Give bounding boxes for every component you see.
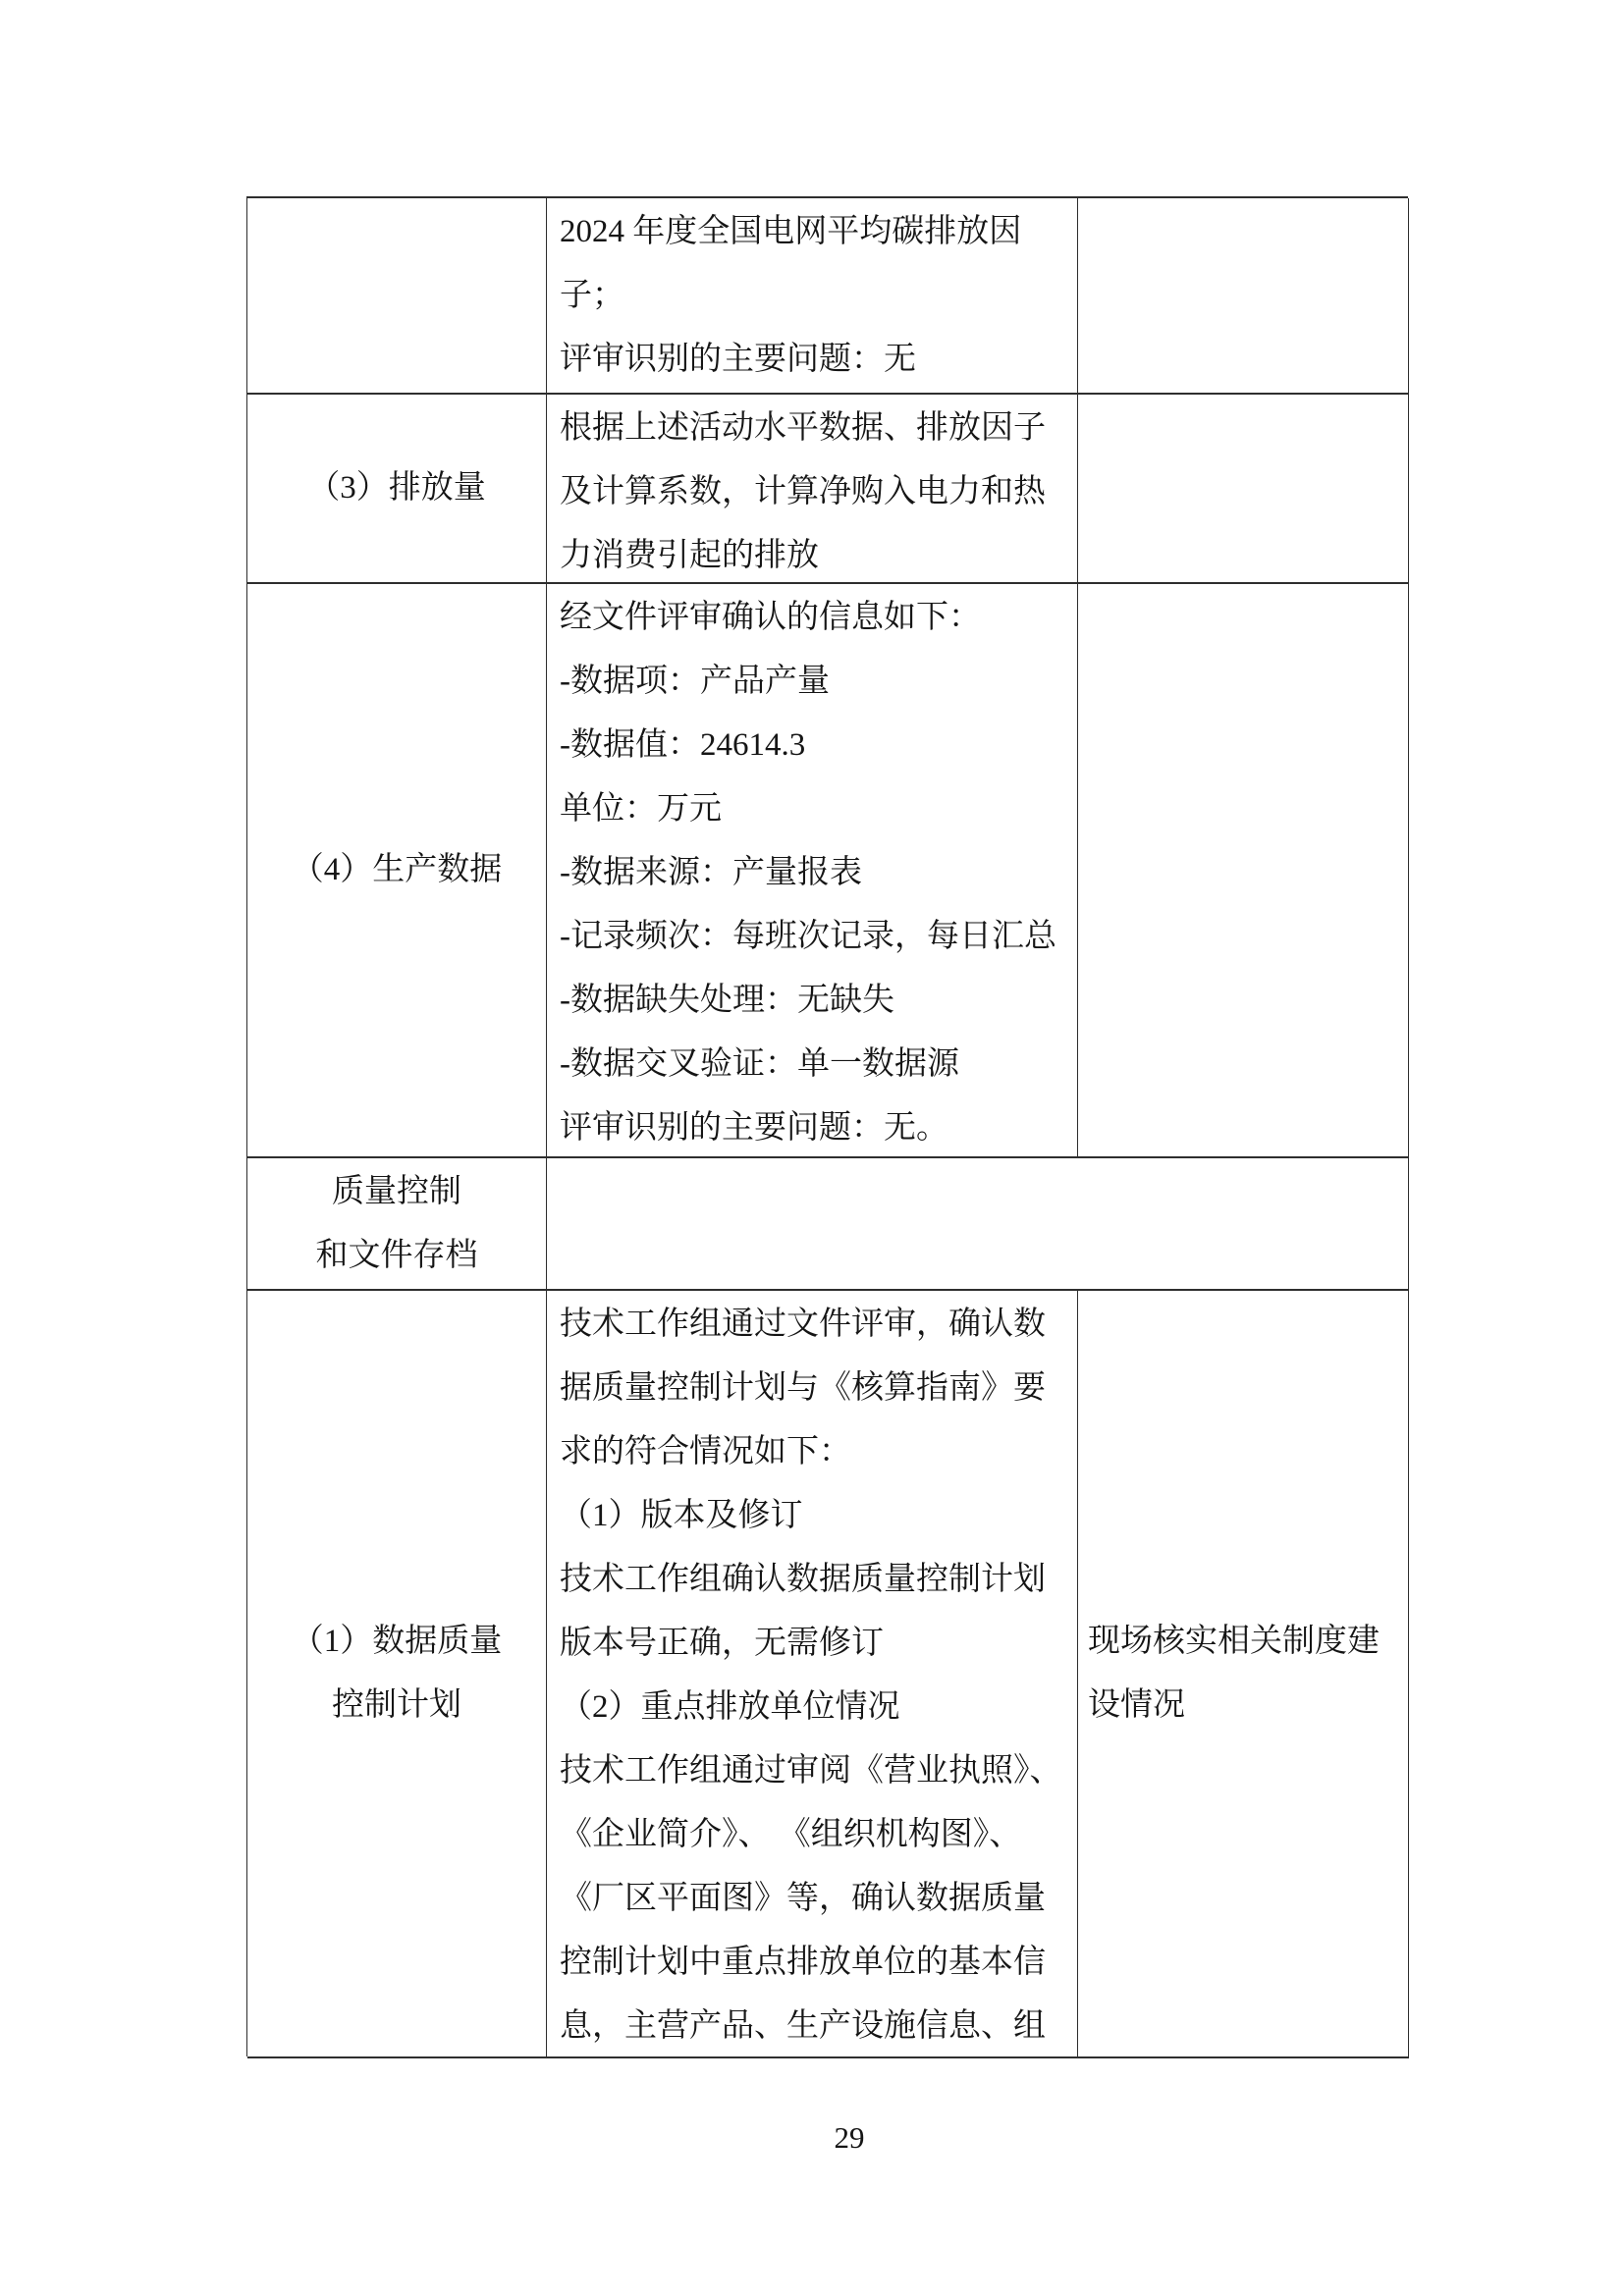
document-page: { "page": { "number": "29" }, "table": {… (0, 0, 1624, 2296)
text-line: 《厂区平面图》等，确认数据质量 (560, 1867, 1075, 1931)
row3-content-cell: 经文件评审确认的信息如下： -数据项：产品产量 -数据值：24614.3 单位：… (547, 584, 1078, 1158)
page-number: 29 (835, 2118, 865, 2158)
text-line: 2024 年度全国电网平均碳排放因 (560, 200, 1075, 264)
text-line: 据质量控制计划与《核算指南》要 (560, 1357, 1075, 1420)
text-line: 控制计划中重点排放单位的基本信 (560, 1931, 1075, 1995)
text-line: 技术工作组通过文件评审，确认数 (560, 1293, 1075, 1357)
text-line: 评审识别的主要问题：无 (560, 328, 1075, 392)
row4-label-cell: 质量控制 和文件存档 (247, 1158, 547, 1291)
text-line: 《企业简介》、 《组织机构图》、 (560, 1803, 1075, 1867)
text-line: -数据值：24614.3 (560, 714, 1075, 777)
row-label: 和文件存档 (316, 1224, 478, 1288)
row2-label-cell: （3）排放量 (247, 395, 547, 584)
note-line: 现场核实相关制度建 (1088, 1610, 1380, 1674)
row2-note-cell (1078, 395, 1409, 584)
row-label: （1）数据质量 (292, 1610, 503, 1674)
row4-merged-cell (547, 1158, 1409, 1291)
row1-content-cell: 2024 年度全国电网平均碳排放因 子； 评审识别的主要问题：无 (547, 198, 1078, 395)
text-line: 评审识别的主要问题：无。 (560, 1096, 1075, 1158)
row1-label-cell (247, 198, 547, 395)
text-line: 技术工作组通过审阅《营业执照》、 (560, 1739, 1075, 1803)
row-label: 控制计划 (332, 1674, 461, 1737)
note-line: 设情况 (1088, 1674, 1185, 1737)
text-line: 子； (560, 264, 1075, 328)
row5-label-cell: （1）数据质量 控制计划 (247, 1291, 547, 2058)
text-line: -记录频次：每班次记录，每日汇总 (560, 905, 1075, 969)
text-line: -数据缺失处理：无缺失 (560, 969, 1075, 1033)
row5-note-cell: 现场核实相关制度建 设情况 (1078, 1291, 1409, 2058)
text-line: （1）版本及修订 (560, 1484, 1075, 1548)
text-line: （2）重点排放单位情况 (560, 1676, 1075, 1739)
text-line: 根据上述活动水平数据、排放因子 (560, 397, 1075, 460)
row2-content-cell: 根据上述活动水平数据、排放因子 及计算系数，计算净购入电力和热 力消费引起的排放 (547, 395, 1078, 584)
text-line: 求的符合情况如下： (560, 1420, 1075, 1484)
text-line: -数据交叉验证：单一数据源 (560, 1033, 1075, 1096)
row-label: （4）生产数据 (292, 838, 503, 902)
row5-content-cell: 技术工作组通过文件评审，确认数 据质量控制计划与《核算指南》要 求的符合情况如下… (547, 1291, 1078, 2058)
text-line: 及计算系数，计算净购入电力和热 (560, 460, 1075, 524)
text-line: 技术工作组确认数据质量控制计划 (560, 1548, 1075, 1612)
text-line: 息，主营产品、生产设施信息、组 (560, 1995, 1075, 2058)
text-line: -数据来源：产量报表 (560, 841, 1075, 905)
row3-note-cell (1078, 584, 1409, 1158)
text-line: -数据项：产品产量 (560, 650, 1075, 714)
review-table: 2024 年度全国电网平均碳排放因 子； 评审识别的主要问题：无 （3）排放量 … (246, 196, 1408, 2056)
row1-note-cell (1078, 198, 1409, 395)
row3-label-cell: （4）生产数据 (247, 584, 547, 1158)
text-line: 经文件评审确认的信息如下： (560, 586, 1075, 650)
text-line: 版本号正确，无需修订 (560, 1612, 1075, 1676)
row-label: 质量控制 (332, 1160, 461, 1224)
row-label: （3）排放量 (307, 456, 486, 520)
text-line: 力消费引起的排放 (560, 524, 1075, 584)
text-line: 单位：万元 (560, 777, 1075, 841)
